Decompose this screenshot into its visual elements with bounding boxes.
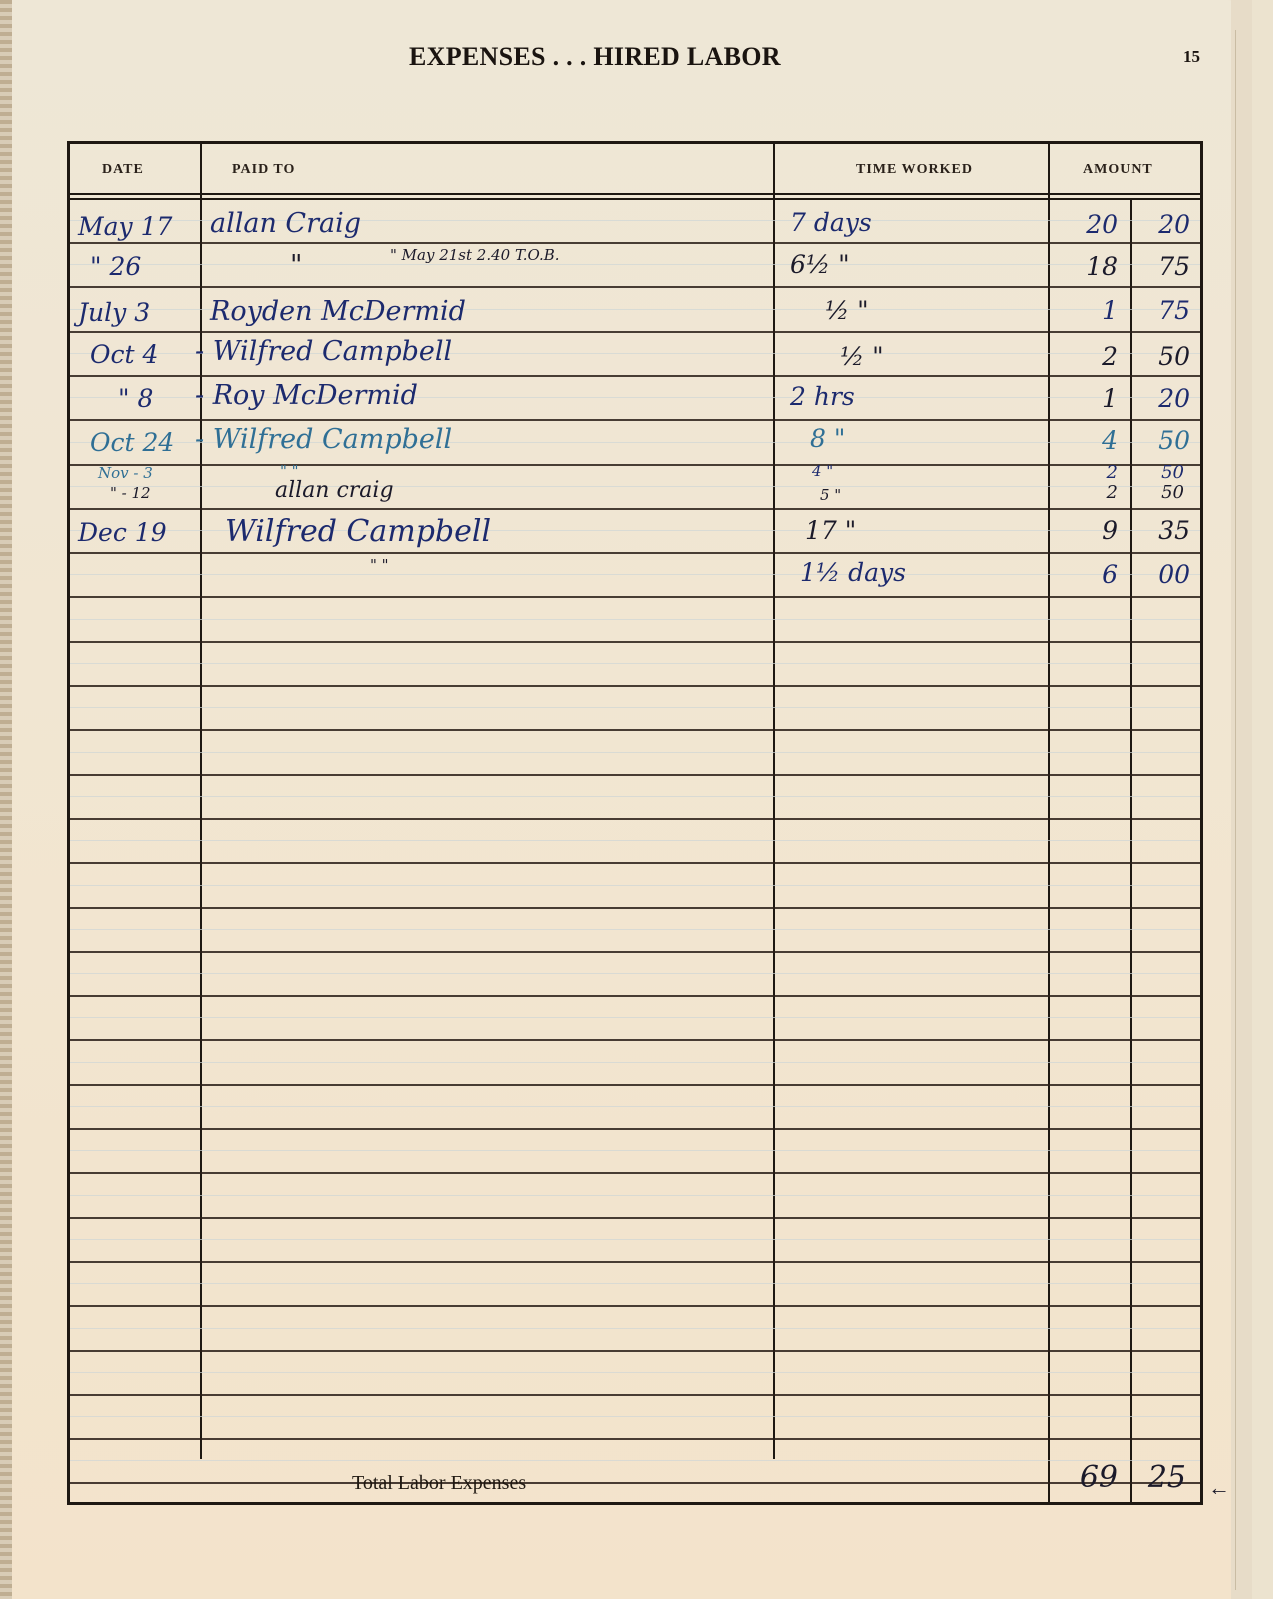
ledger-entry: May 17 allan Craig 7 days 20 20 <box>70 200 1200 244</box>
bleed-through-line <box>70 1150 1200 1151</box>
entry-amount-dollars: 2 <box>1102 342 1118 371</box>
entry-amount-dollars: 2 <box>1107 462 1118 483</box>
ledger-row <box>70 732 1200 776</box>
column-header-paid-to: PAID TO <box>232 162 295 178</box>
total-row: Total Labor Expenses 69 25 <box>70 1456 1200 1502</box>
column-header-date: DATE <box>102 162 144 178</box>
entry-paid-to: allan craig <box>275 478 394 503</box>
bleed-through-line <box>70 1328 1200 1329</box>
entry-amount-dollars: 2 <box>1107 482 1118 503</box>
entry-date: Oct 24 <box>90 428 174 457</box>
ledger-row <box>70 1042 1200 1086</box>
ledger-row <box>70 1352 1200 1396</box>
bleed-through-line <box>70 707 1200 708</box>
entry-date: " - 12 <box>110 484 151 502</box>
entry-amount-dollars: 1 <box>1102 384 1118 413</box>
ledger-entry: " " 1½ days 6 00 <box>70 552 1200 596</box>
entry-amount-cents: 50 <box>1161 482 1184 503</box>
ledger-row <box>70 1130 1200 1174</box>
ledger-row <box>70 953 1200 997</box>
entry-amount-cents: 50 <box>1161 462 1184 483</box>
bleed-through-line <box>70 1372 1200 1373</box>
entry-amount-cents: 20 <box>1158 384 1190 413</box>
ledger-row <box>70 1219 1200 1263</box>
entry-date: Nov - 3 <box>98 464 153 482</box>
entry-amount-cents: 35 <box>1158 516 1190 545</box>
ledger-row <box>70 1308 1200 1352</box>
entry-amount-cents: 50 <box>1158 342 1190 371</box>
entry-time-worked: 6½ " <box>790 250 850 279</box>
ledger-entry: " 26 " " May 21st 2.40 T.O.B. 6½ " 18 75 <box>70 244 1200 288</box>
bleed-through-line <box>70 840 1200 841</box>
entry-date: " 26 <box>90 252 141 281</box>
ledger-row <box>70 687 1200 731</box>
entry-date: May 17 <box>78 212 172 241</box>
ledger-entry: July 3 Royden McDermid ½ " 1 75 <box>70 288 1200 332</box>
entry-paid-to: allan Craig <box>210 208 361 239</box>
ledger-row <box>70 776 1200 820</box>
entry-time-worked: ½ " <box>825 296 869 325</box>
entry-amount-cents: 50 <box>1158 426 1190 455</box>
bleed-through-line <box>70 1416 1200 1417</box>
entry-date: July 3 <box>78 298 150 327</box>
table-header: DATE PAID TO TIME WORKED AMOUNT <box>70 144 1200 196</box>
ledger-entry: Nov - 3 " " 4 " 2 50 " - 12 allan craig … <box>70 464 1200 508</box>
entry-amount-cents: 75 <box>1158 252 1190 281</box>
bleed-through-line <box>70 1195 1200 1196</box>
entry-paid-to: - Wilfred Campbell <box>195 336 452 367</box>
bleed-through-line <box>70 796 1200 797</box>
bleed-through-line <box>70 619 1200 620</box>
header-rule-top <box>70 193 1200 195</box>
entry-paid-to: - Roy McDermid <box>195 380 418 411</box>
entry-time-worked: 7 days <box>790 208 872 237</box>
ledger-row <box>70 997 1200 1041</box>
book-binding <box>0 0 12 1599</box>
entry-date: Oct 4 <box>90 340 158 369</box>
total-amount-cents: 25 <box>1148 1460 1186 1495</box>
entry-time-worked: 4 " <box>812 462 833 480</box>
total-amount-dollars: 69 <box>1080 1460 1118 1495</box>
bleed-through-line <box>70 1239 1200 1240</box>
entry-time-worked: ½ " <box>840 342 884 371</box>
ledger-entry: Oct 24 - Wilfred Campbell 8 " 4 50 <box>70 420 1200 464</box>
entry-date: Dec 19 <box>78 518 167 547</box>
entry-time-worked: 1½ days <box>800 558 906 587</box>
ledger-row <box>70 820 1200 864</box>
entry-time-worked: 8 " <box>810 424 845 453</box>
entry-amount-dollars: 1 <box>1102 296 1118 325</box>
bleed-through-line <box>70 1062 1200 1063</box>
entry-amount-dollars: 4 <box>1102 426 1118 455</box>
ledger-row <box>70 1263 1200 1307</box>
entry-note: " May 21st 2.40 T.O.B. <box>390 246 560 264</box>
ledger-entry: Dec 19 Wilfred Campbell 17 " 9 35 <box>70 508 1200 552</box>
ledger-row <box>70 1175 1200 1219</box>
entry-time-worked: 2 hrs <box>790 382 855 411</box>
ledger-row <box>70 643 1200 687</box>
entry-amount-cents: 20 <box>1158 210 1190 239</box>
entry-paid-to: - Wilfred Campbell <box>195 424 452 455</box>
entry-paid-to: " <box>290 250 302 281</box>
entry-paid-to: " " <box>370 556 389 574</box>
bleed-through-line <box>70 885 1200 886</box>
ledger-row <box>70 865 1200 909</box>
column-header-time-worked: TIME WORKED <box>856 162 973 178</box>
bleed-through-line <box>70 1106 1200 1107</box>
bleed-through-line <box>70 929 1200 930</box>
ledger-entry: Oct 4 - Wilfred Campbell ½ " 2 50 <box>70 332 1200 376</box>
entry-amount-cents: 00 <box>1158 560 1190 589</box>
ledger-row <box>70 1086 1200 1130</box>
entry-amount-dollars: 18 <box>1086 252 1118 281</box>
page-title: EXPENSES . . . HIRED LABOR <box>409 42 781 72</box>
ledger-row <box>70 1396 1200 1440</box>
entry-amount-dollars: 9 <box>1102 516 1118 545</box>
total-label: Total Labor Expenses <box>352 1472 526 1495</box>
entry-amount-dollars: 20 <box>1086 210 1118 239</box>
entry-time-worked: 5 " <box>820 486 841 504</box>
hired-labor-ledger-table: DATE PAID TO TIME WORKED AMOUNT May 17 a… <box>67 141 1203 1505</box>
entry-paid-to: Royden McDermid <box>210 296 466 327</box>
bleed-through-line <box>70 1283 1200 1284</box>
page-edge <box>1231 0 1252 1599</box>
entry-date: " 8 <box>118 384 153 413</box>
column-header-amount: AMOUNT <box>1083 162 1153 178</box>
bleed-through-line <box>70 663 1200 664</box>
bleed-through-line <box>70 973 1200 974</box>
bleed-through-line <box>70 752 1200 753</box>
entry-amount-cents: 75 <box>1158 296 1190 325</box>
entry-time-worked: 17 " <box>805 516 856 545</box>
entry-amount-dollars: 6 <box>1102 560 1118 589</box>
ledger-row <box>70 909 1200 953</box>
ledger-entry: " 8 - Roy McDermid 2 hrs 1 20 <box>70 376 1200 420</box>
page-number: 15 <box>1183 47 1200 67</box>
total-check-mark-arrow: ← <box>1208 1475 1230 1501</box>
ledger-row <box>70 599 1200 643</box>
bleed-through-line <box>70 1017 1200 1018</box>
entry-paid-to: Wilfred Campbell <box>225 514 491 549</box>
